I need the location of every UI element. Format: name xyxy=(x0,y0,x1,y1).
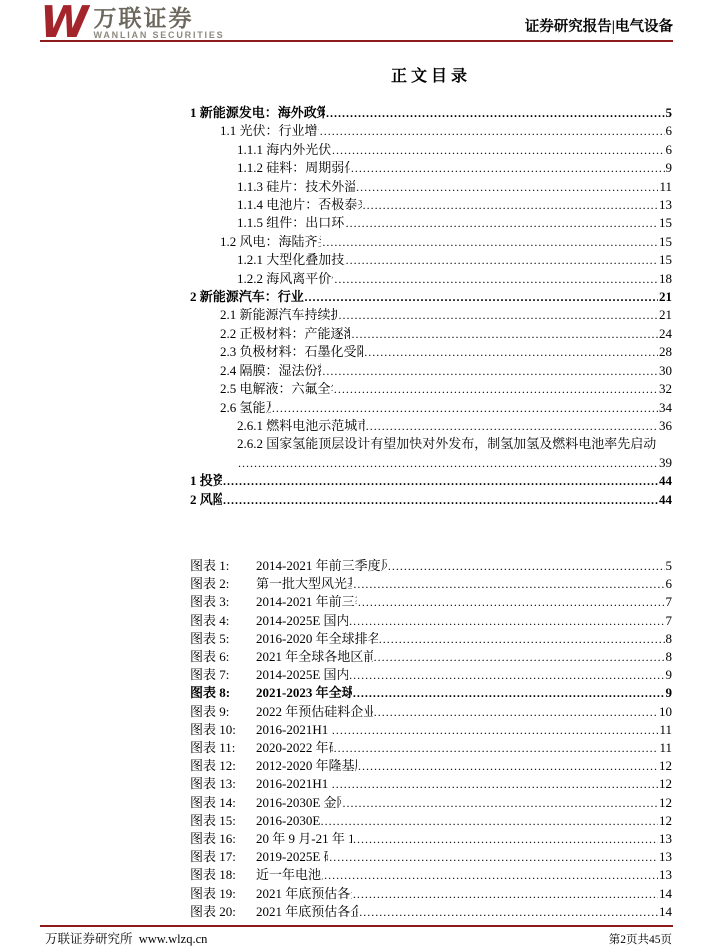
toc-entry-label: 1.1.1 海内外光伏装机可期，未来维持高增 xyxy=(237,141,331,159)
figure-entry-title: 2021 年全球各地区前三季度及全年预计光伏装机量（GW） xyxy=(256,648,373,666)
toc-page-number: 44 xyxy=(659,472,672,490)
figure-entry-number: 图表 17: xyxy=(190,848,256,866)
toc-entry-label: 1.1.3 硅片：技术外溢、成本差异缩小，硅片价格有望下行 xyxy=(237,178,355,196)
figure-entry[interactable]: 图表 18:近一年电池片产能利用率变化13 xyxy=(190,866,672,884)
toc-page-number: 34 xyxy=(659,399,672,417)
figure-entry-number: 图表 9: xyxy=(190,703,256,721)
dot-leader xyxy=(322,233,658,251)
figure-entry-number: 图表 15: xyxy=(190,812,256,830)
toc-page-number: 30 xyxy=(659,362,672,380)
dot-leader xyxy=(359,903,658,921)
toc-page-number: 13 xyxy=(659,196,672,214)
figure-entry[interactable]: 图表 1:2014-2021 年前三季度风电光伏发电量（亿千瓦时）及占总发电量比… xyxy=(190,557,672,575)
figure-entry-title: 第一批大型风光基地项目列表（不完全统计） xyxy=(256,575,352,593)
toc-entry-label: 1.1.2 硅料：周期弱化、成长渐起，龙头成本优势出众 xyxy=(237,159,350,177)
figure-entry-title: 2016-2020 年全球排名前十的国家/地区新增光伏装机量（GW） xyxy=(256,630,378,648)
toc-entry-label: 2.6 氢能及燃料电池 xyxy=(220,399,271,417)
figure-page-number: 11 xyxy=(659,721,672,739)
figure-page-number: 10 xyxy=(659,703,672,721)
figure-entry[interactable]: 图表 6:2021 年全球各地区前三季度及全年预计光伏装机量（GW）8 xyxy=(190,648,672,666)
toc-page-number: 21 xyxy=(659,306,672,324)
dot-leader xyxy=(238,454,658,472)
figure-entry-title: 2021 年底预估各企业 TOPCon 产能（MW）和效率 xyxy=(256,903,358,921)
toc-page-number: 36 xyxy=(659,417,672,435)
figure-entry[interactable]: 图表 10:2016-2021H1 硅料企业毛利率情况11 xyxy=(190,721,672,739)
toc-entry[interactable]: 2.6.2 国家氢能顶层设计有望加快对外发布，制氢加氢及燃料电池率先启动 xyxy=(190,435,672,453)
dot-leader xyxy=(388,557,665,575)
figure-entry-title: 2014-2021 年前三季度风电光伏发电量（亿千瓦时）及占总发电量比例 xyxy=(256,557,387,575)
figure-entry-number: 图表 7: xyxy=(190,666,256,684)
figure-entry-number: 图表 5: xyxy=(190,630,256,648)
dot-leader xyxy=(326,104,665,122)
toc-entry-label: 1.2.1 大型化叠加技术降本，平价第一年招标量激增 xyxy=(237,251,345,269)
figure-entry[interactable]: 图表 3:2014-2021 年前三季度国内光伏装机结构（GW）7 xyxy=(190,593,672,611)
report-category-tag: 证券研究报告|电气设备 xyxy=(525,15,673,36)
toc-page-number: 39 xyxy=(659,454,672,472)
toc-entry[interactable]: 2 新能源汽车：行业高景气，上游材料机会显著21 xyxy=(190,288,672,306)
toc-entry-label: 2 新能源汽车：行业高景气，上游材料机会显著 xyxy=(190,288,304,306)
figure-entry-title: 2016-2021H1 硅料企业毛利率情况 xyxy=(256,721,331,739)
dot-leader xyxy=(353,575,664,593)
figure-entry-title: 2021 年底预估各企业 HJT 产能（MW）和效率 xyxy=(256,885,352,903)
dot-leader xyxy=(379,630,665,648)
toc-page-number: 24 xyxy=(659,325,672,343)
figure-entry-title: 2022 年预估硅料企业产能（吨）及生产成本曲线（万元/吨） xyxy=(256,703,373,721)
toc-entry[interactable]: 1.1.5 组件：出口环境改善，组件出口有望延续高增15 xyxy=(190,214,672,232)
toc-entry[interactable]: 2.2 正极材料：产能逐渐充裕，锂矿原材料或将成为限制性因素24 xyxy=(190,325,672,343)
figure-entry-number: 图表 1: xyxy=(190,557,256,575)
toc-entry-label: 1.1.5 组件：出口环境改善，组件出口有望延续高增 xyxy=(237,214,345,232)
figure-entry[interactable]: 图表 15:2016-2030E 硅片薄片化情况12 xyxy=(190,812,672,830)
figure-entry-number: 图表 8: xyxy=(190,684,256,702)
dot-leader xyxy=(346,214,658,232)
dot-leader xyxy=(349,666,664,684)
dot-leader xyxy=(223,491,658,509)
figure-page-number: 5 xyxy=(666,557,673,575)
figure-entry[interactable]: 图表 4:2014-2025E 国内光伏装机量及预测（GW）7 xyxy=(190,612,672,630)
figure-entry[interactable]: 图表 13:2016-2021H1 硅片企业毛利率情况12 xyxy=(190,775,672,793)
figure-entry[interactable]: 图表 16:20 年 9 月-21 年 10 月不同尺寸硅片市占率变化13 xyxy=(190,830,672,848)
dot-leader xyxy=(338,306,658,324)
figure-entry-title: 2012-2020 年隆基股份 M6 非硅成本变化（元/片） xyxy=(256,757,357,775)
toc-page-number: 15 xyxy=(659,214,672,232)
toc-entry-label: 2.6.2 国家氢能顶层设计有望加快对外发布，制氢加氢及燃料电池率先启动 xyxy=(237,435,656,453)
dot-leader xyxy=(358,757,658,775)
toc-entry-label: 2 风险提示 xyxy=(190,491,222,509)
dot-leader xyxy=(320,122,665,140)
logo-company-name-en: WANLIAN SECURITIES xyxy=(94,30,225,40)
dot-leader xyxy=(334,739,659,757)
figure-entry-number: 图表 14: xyxy=(190,794,256,812)
report-toc-page: W 万联证券 WANLIAN SECURITIES 证券研究报告|电气设备 正文… xyxy=(0,0,713,950)
figure-entry-number: 图表 16: xyxy=(190,830,256,848)
footer-page-indicator: 第2页共45页 xyxy=(609,931,672,947)
toc-entry[interactable]: 1.1.4 电池片：否极泰来迎来盈利反转，专业化电池片优势明显13 xyxy=(190,196,672,214)
toc-entry-label: 2.5 电解液：六氟全年涨价五倍，行业前三格局稳定 xyxy=(220,380,333,398)
logo-w-mark-icon: W xyxy=(40,5,87,41)
dot-leader xyxy=(324,866,658,884)
figure-entry-number: 图表 19: xyxy=(190,885,256,903)
figure-entry-title: 2014-2025E 国内光伏装机量及预测（GW） xyxy=(256,612,348,630)
dot-leader xyxy=(363,196,658,214)
toc-page-number: 21 xyxy=(659,288,672,306)
toc-entry[interactable]: 1.2 风电：海陆齐头并进，海上平价仍需努力15 xyxy=(190,233,672,251)
figure-entry-number: 图表 13: xyxy=(190,775,256,793)
toc-entry-label: 1.2 风电：海陆齐头并进，海上平价仍需努力 xyxy=(220,233,321,251)
toc-page-number: 6 xyxy=(666,141,673,159)
dot-leader xyxy=(351,159,665,177)
figure-entry-title: 2016-2030E 金刚线母线直径变化（μm） xyxy=(256,794,341,812)
dot-leader xyxy=(332,721,659,739)
toc-page-number: 11 xyxy=(659,178,672,196)
dot-leader xyxy=(364,343,658,361)
figure-entry[interactable]: 图表 11:2020-2022 年硅片产能变化（GW）11 xyxy=(190,739,672,757)
toc-entry-label: 1.1.4 电池片：否极泰来迎来盈利反转，专业化电池片优势明显 xyxy=(237,196,362,214)
toc-page-number: 28 xyxy=(659,343,672,361)
toc-entry-label: 1 投资建议 xyxy=(190,472,222,490)
toc-entry[interactable]: 2.4 隔膜：湿法份额持续扩大，份额高度集中30 xyxy=(190,362,672,380)
figure-entry-title: 2021-2023 年全球硅料产能统计表（万吨/年） xyxy=(256,684,352,702)
toc-entry[interactable]: 1 新能源发电：海外政策驱动加码，国内双碳顶层构建完成5 xyxy=(190,104,672,122)
toc-page-number: 15 xyxy=(659,233,672,251)
dot-leader xyxy=(272,399,658,417)
header-divider-line xyxy=(40,40,673,42)
toc-entry[interactable]: 2.3 负极材料：石墨化受限电及环保压力影响，负极行业集中度逐步提升28 xyxy=(190,343,672,361)
figure-entry[interactable]: 图表 19:2021 年底预估各企业 HJT 产能（MW）和效率14 xyxy=(190,885,672,903)
toc-content: 正文目录 1 新能源发电：海外政策驱动加码，国内双碳顶层构建完成51.1 光伏：… xyxy=(190,60,672,921)
dot-leader xyxy=(353,830,658,848)
toc-page-number: 32 xyxy=(659,380,672,398)
toc-entry[interactable]: 1.1.2 硅料：周期弱化、成长渐起，龙头成本优势出众9 xyxy=(190,159,672,177)
dot-leader xyxy=(353,885,658,903)
dot-leader xyxy=(374,648,665,666)
figure-entry[interactable]: 图表 9:2022 年预估硅料企业产能（吨）及生产成本曲线（万元/吨）10 xyxy=(190,703,672,721)
toc-page-number: 9 xyxy=(666,159,673,177)
footer-divider-line xyxy=(40,925,673,927)
figure-entry-title: 2014-2021 年前三季度国内光伏装机结构（GW） xyxy=(256,593,357,611)
toc-entry[interactable]: 1.1.1 海内外光伏装机可期，未来维持高增6 xyxy=(190,141,672,159)
toc-entry[interactable]: 1.1 光伏：行业增长确定，产业链格局重塑6 xyxy=(190,122,672,140)
figure-page-number: 7 xyxy=(666,593,673,611)
toc-page-number: 5 xyxy=(666,104,673,122)
figure-page-number: 8 xyxy=(666,630,673,648)
figure-page-number: 12 xyxy=(659,775,672,793)
wanlian-logo: W 万联证券 WANLIAN SECURITIES xyxy=(40,5,224,41)
toc-entry[interactable]: 2.5 电解液：六氟全年涨价五倍，行业前三格局稳定32 xyxy=(190,380,672,398)
dot-leader xyxy=(332,141,665,159)
figure-entry-number: 图表 3: xyxy=(190,593,256,611)
toc-entry[interactable]: 2 风险提示44 xyxy=(190,491,672,509)
figure-entry-title: 2014-2025E 国内光伏装机量及预测（GW） xyxy=(256,666,348,684)
figure-entry-number: 图表 20: xyxy=(190,903,256,921)
toc-entry-label: 2.1 新能源汽车持续扩张，2022 年四大主材供需紧平衡 xyxy=(220,306,337,324)
figure-page-number: 14 xyxy=(659,885,672,903)
figure-entry-title: 2019-2025E 硅片尺寸市占率变化 xyxy=(256,848,328,866)
dot-leader xyxy=(332,775,658,793)
figure-page-number: 13 xyxy=(659,830,672,848)
dot-leader xyxy=(223,472,658,490)
figure-page-number: 14 xyxy=(659,903,672,921)
toc-entry-label: 2.4 隔膜：湿法份额持续扩大，份额高度集中 xyxy=(220,362,321,380)
figure-entry-title: 20 年 9 月-21 年 10 月不同尺寸硅片市占率变化 xyxy=(256,830,352,848)
dot-leader xyxy=(334,380,658,398)
dot-leader xyxy=(342,794,658,812)
figure-list: 图表 1:2014-2021 年前三季度风电光伏发电量（亿千瓦时）及占总发电量比… xyxy=(190,557,672,921)
dot-leader xyxy=(351,325,658,343)
figure-entry-number: 图表 6: xyxy=(190,648,256,666)
dot-leader xyxy=(329,848,658,866)
figure-page-number: 9 xyxy=(666,684,673,702)
dot-leader xyxy=(346,251,658,269)
figure-page-number: 8 xyxy=(666,648,673,666)
figure-page-number: 11 xyxy=(659,739,672,757)
dot-leader xyxy=(349,612,664,630)
figure-entry[interactable]: 图表 14:2016-2030E 金刚线母线直径变化（μm）12 xyxy=(190,794,672,812)
toc-page-number: 18 xyxy=(659,270,672,288)
toc-page-number: 15 xyxy=(659,251,672,269)
toc-entry[interactable]: 1.1.3 硅片：技术外溢、成本差异缩小，硅片价格有望下行11 xyxy=(190,178,672,196)
figure-entry-number: 图表 10: xyxy=(190,721,256,739)
page-title: 正文目录 xyxy=(190,63,672,86)
toc-page-number: 44 xyxy=(659,491,672,509)
toc-entry-label: 2.6.1 燃料电池示范城市群首批名单相继落地，发展模式各有千秋 xyxy=(237,417,365,435)
figure-entry[interactable]: 图表 7:2014-2025E 国内光伏装机量及预测（GW）9 xyxy=(190,666,672,684)
toc-entry-label: 2.3 负极材料：石墨化受限电及环保压力影响，负极行业集中度逐步提升 xyxy=(220,343,363,361)
toc-entry-label: 1 新能源发电：海外政策驱动加码，国内双碳顶层构建完成 xyxy=(190,104,325,122)
dot-leader xyxy=(334,270,658,288)
toc-entry-label: 1.1 光伏：行业增长确定，产业链格局重塑 xyxy=(220,122,319,140)
figure-entry[interactable]: 图表 12:2012-2020 年隆基股份 M6 非硅成本变化（元/片）12 xyxy=(190,757,672,775)
figure-entry-number: 图表 4: xyxy=(190,612,256,630)
figure-page-number: 13 xyxy=(659,866,672,884)
toc-page-number: 6 xyxy=(666,122,673,140)
figure-entry[interactable]: 图表 8:2021-2023 年全球硅料产能统计表（万吨/年）9 xyxy=(190,684,672,702)
figure-entry-title: 2020-2022 年硅片产能变化（GW） xyxy=(256,739,333,757)
figure-entry[interactable]: 图表 20:2021 年底预估各企业 TOPCon 产能（MW）和效率14 xyxy=(190,903,672,921)
figure-entry-title: 2016-2021H1 硅片企业毛利率情况 xyxy=(256,775,331,793)
toc-section-list: 1 新能源发电：海外政策驱动加码，国内双碳顶层构建完成51.1 光伏：行业增长确… xyxy=(190,104,672,509)
toc-entry-label: 2.2 正极材料：产能逐渐充裕，锂矿原材料或将成为限制性因素 xyxy=(220,325,350,343)
figure-page-number: 12 xyxy=(659,812,672,830)
figure-entry[interactable]: 图表 17:2019-2025E 硅片尺寸市占率变化13 xyxy=(190,848,672,866)
figure-page-number: 9 xyxy=(666,666,673,684)
toc-entry-continuation[interactable]: 39 xyxy=(190,454,672,472)
figure-page-number: 7 xyxy=(666,612,673,630)
dot-leader xyxy=(374,703,658,721)
figure-entry-title: 近一年电池片产能利用率变化 xyxy=(256,866,323,884)
toc-entry-label: 1.2.2 海风离平价仍有距离，漂浮式未来可期 xyxy=(237,270,333,288)
figure-entry-number: 图表 18: xyxy=(190,866,256,884)
figure-page-number: 12 xyxy=(659,757,672,775)
toc-entry[interactable]: 1.2.2 海风离平价仍有距离，漂浮式未来可期18 xyxy=(190,270,672,288)
figure-entry-title: 2016-2030E 硅片薄片化情况 xyxy=(256,812,320,830)
figure-entry-number: 图表 12: xyxy=(190,757,256,775)
figure-page-number: 13 xyxy=(659,848,672,866)
dot-leader xyxy=(356,178,658,196)
dot-leader xyxy=(322,362,658,380)
toc-entry[interactable]: 1 投资建议44 xyxy=(190,472,672,490)
figure-entry[interactable]: 图表 5:2016-2020 年全球排名前十的国家/地区新增光伏装机量（GW）8 xyxy=(190,630,672,648)
dot-leader xyxy=(366,417,658,435)
figure-entry[interactable]: 图表 2:第一批大型风光基地项目列表（不完全统计）6 xyxy=(190,575,672,593)
figure-entry-number: 图表 2: xyxy=(190,575,256,593)
logo-company-name-cn: 万联证券 xyxy=(94,6,225,30)
figure-entry-number: 图表 11: xyxy=(190,739,256,757)
figure-page-number: 6 xyxy=(666,575,673,593)
dot-leader xyxy=(358,593,665,611)
figure-page-number: 12 xyxy=(659,794,672,812)
toc-entry[interactable]: 1.2.1 大型化叠加技术降本，平价第一年招标量激增15 xyxy=(190,251,672,269)
footer-institute-url[interactable]: 万联证券研究所 www.wlzq.cn xyxy=(45,929,207,947)
dot-leader xyxy=(321,812,658,830)
toc-entry[interactable]: 2.1 新能源汽车持续扩张，2022 年四大主材供需紧平衡21 xyxy=(190,306,672,324)
dot-leader xyxy=(353,684,665,702)
toc-entry[interactable]: 2.6 氢能及燃料电池34 xyxy=(190,399,672,417)
toc-entry[interactable]: 2.6.1 燃料电池示范城市群首批名单相继落地，发展模式各有千秋36 xyxy=(190,417,672,435)
dot-leader xyxy=(305,288,658,306)
